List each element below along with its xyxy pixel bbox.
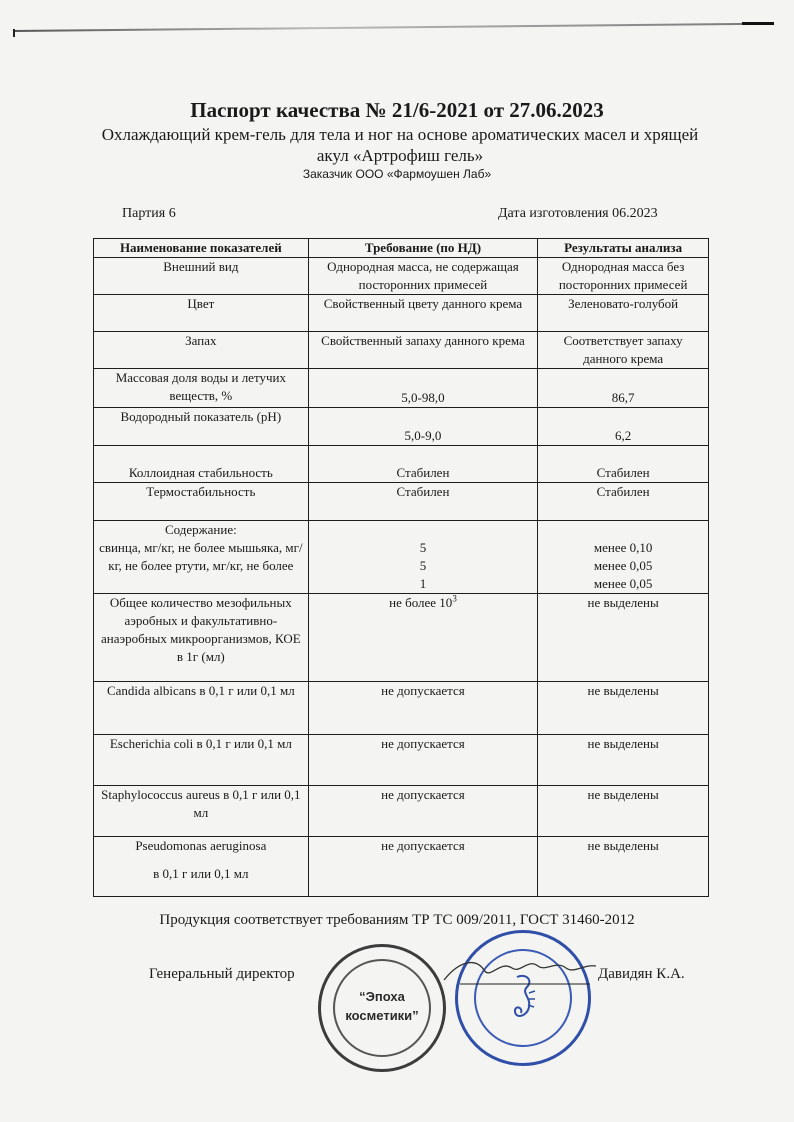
requirement-mercury: 1 [312, 575, 535, 593]
column-header: Наименование показателей [94, 239, 309, 258]
manufacture-date: Дата изготовления 06.2023 [498, 206, 658, 222]
result: 86,7 [538, 369, 709, 408]
product-name: Охлаждающий крем-гель для тела и ног на … [100, 124, 700, 166]
scan-artifact-mark [742, 22, 774, 25]
director-name: Давидян К.А. [598, 966, 685, 983]
result: 6,2 [538, 408, 709, 446]
indicator-name-heading: Содержание: [97, 521, 305, 539]
requirement: 5,0-98,0 [308, 369, 538, 408]
table-row: Внешний вид Однородная масса, не содержа… [94, 258, 709, 295]
result-arsenic: менее 0,05 [541, 557, 705, 575]
table-row: Запах Свойственный запаху данного крема … [94, 332, 709, 369]
table-row: Staphylococcus aureus в 0,1 г или 0,1 мл… [94, 786, 709, 837]
table-row: Общее количество мезофильных аэробных и … [94, 594, 709, 682]
indicator-name: Содержание: свинца, мг/кг, не более мышь… [94, 521, 309, 594]
indicator-name: Внешний вид [94, 258, 309, 295]
result: не выделены [538, 735, 709, 786]
quality-results-table: Наименование показателей Требование (по … [93, 238, 709, 897]
director-label: Генеральный директор [149, 966, 295, 983]
table-row: Термостабильность Стабилен Стабилен [94, 483, 709, 521]
indicator-name-heading: Pseudomonas aeruginosa [97, 837, 305, 855]
result: Зеленовато-голубой [538, 295, 709, 332]
stamp-text-line: косметики” [321, 1006, 443, 1025]
director-signature [440, 950, 600, 990]
requirement: не допускается [308, 682, 538, 735]
requirement: Стабилен [308, 483, 538, 521]
batch-number: Партия 6 [122, 206, 176, 222]
indicator-name: Цвет [94, 295, 309, 332]
result: Стабилен [538, 483, 709, 521]
result: Стабилен [538, 446, 709, 483]
requirement: не допускается [308, 735, 538, 786]
requirement-base: не более 10 [389, 595, 452, 610]
customer: Заказчик ООО «Фармоушен Лаб» [0, 167, 794, 181]
table-header-row: Наименование показателей Требование (по … [94, 239, 709, 258]
table-row: Водородный показатель (pH) 5,0-9,0 6,2 [94, 408, 709, 446]
table-row: Массовая доля воды и летучих веществ, % … [94, 369, 709, 408]
requirement-lead: 5 [312, 539, 535, 557]
result-mercury: менее 0,05 [541, 575, 705, 593]
requirement: не допускается [308, 786, 538, 837]
indicator-name: Водородный показатель (pH) [94, 408, 309, 446]
document-title: Паспорт качества № 21/6-2021 от 27.06.20… [0, 98, 794, 123]
requirement: не более 103 [308, 594, 538, 682]
result: Соответствует запаху данного крема [538, 332, 709, 369]
indicator-name: Candida albicans в 0,1 г или 0,1 мл [94, 682, 309, 735]
indicator-name: Коллоидная стабильность [94, 446, 309, 483]
scan-artifact-mark [13, 29, 15, 37]
table-row: Содержание: свинца, мг/кг, не более мышь… [94, 521, 709, 594]
indicator-name: Escherichia coli в 0,1 г или 0,1 мл [94, 735, 309, 786]
indicator-name: Pseudomonas aeruginosa в 0,1 г или 0,1 м… [94, 837, 309, 897]
indicator-name: Staphylococcus aureus в 0,1 г или 0,1 мл [94, 786, 309, 837]
table-row: Цвет Свойственный цвету данного крема Зе… [94, 295, 709, 332]
requirement: Свойственный запаху данного крема [308, 332, 538, 369]
result: Однородная масса без посторонних примесе… [538, 258, 709, 295]
requirement: Стабилен [308, 446, 538, 483]
conformity-statement: Продукция соответствует требованиям ТР Т… [0, 912, 794, 929]
requirement: Однородная масса, не содержащая посторон… [308, 258, 538, 295]
result: не выделены [538, 594, 709, 682]
requirement: не допускается [308, 837, 538, 897]
column-header: Результаты анализа [538, 239, 709, 258]
indicator-name-detail: свинца, мг/кг, не более мышьяка, мг/кг, … [97, 539, 305, 575]
requirement: Свойственный цвету данного крема [308, 295, 538, 332]
indicator-name: Термостабильность [94, 483, 309, 521]
stamp-text: “Эпоха косметики” [321, 987, 443, 1025]
requirement-arsenic: 5 [312, 557, 535, 575]
result: не выделены [538, 837, 709, 897]
company-stamp-epoha: “Эпоха косметики” [318, 944, 446, 1072]
indicator-name: Массовая доля воды и летучих веществ, % [94, 369, 309, 408]
requirement: 5 5 1 [308, 521, 538, 594]
indicator-name-detail: в 0,1 г или 0,1 мл [97, 865, 305, 883]
requirement: 5,0-9,0 [308, 408, 538, 446]
table-row: Коллоидная стабильность Стабилен Стабиле… [94, 446, 709, 483]
table-row: Escherichia coli в 0,1 г или 0,1 мл не д… [94, 735, 709, 786]
result-lead: менее 0,10 [541, 539, 705, 557]
table-row: Candida albicans в 0,1 г или 0,1 мл не д… [94, 682, 709, 735]
table-row: Pseudomonas aeruginosa в 0,1 г или 0,1 м… [94, 837, 709, 897]
result: менее 0,10 менее 0,05 менее 0,05 [538, 521, 709, 594]
requirement-exponent: 3 [452, 594, 457, 604]
stamp-text-line: “Эпоха [321, 987, 443, 1006]
indicator-name: Общее количество мезофильных аэробных и … [94, 594, 309, 682]
column-header: Требование (по НД) [308, 239, 538, 258]
result: не выделены [538, 786, 709, 837]
scan-artifact-line [14, 23, 774, 32]
indicator-name: Запах [94, 332, 309, 369]
result: не выделены [538, 682, 709, 735]
